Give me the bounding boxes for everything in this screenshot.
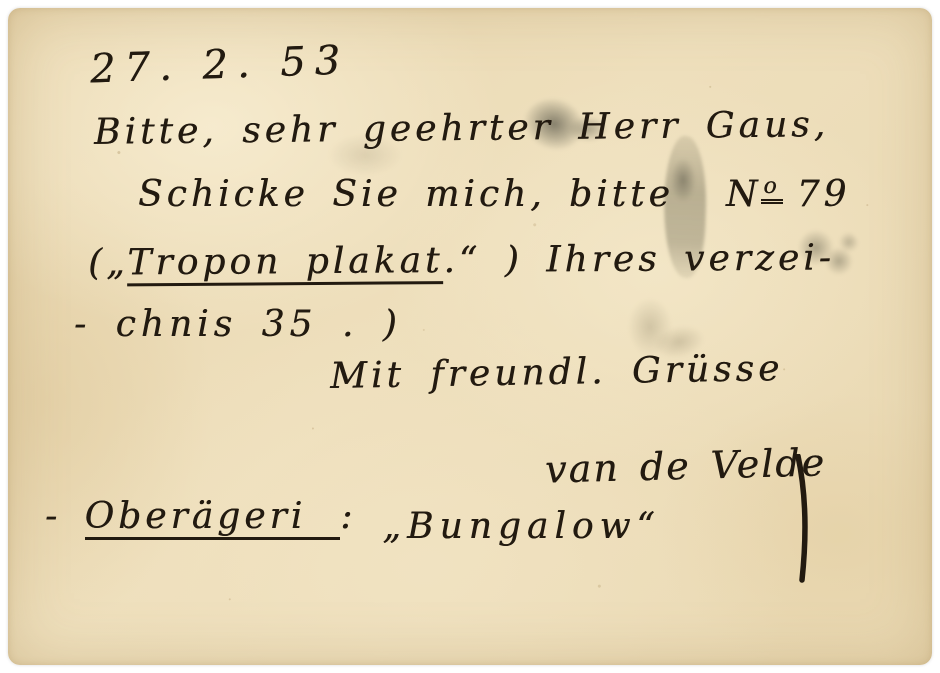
date-line: 27. 2. 53: [89, 37, 350, 92]
signature-flourish-stroke: [790, 454, 814, 584]
scanned-postcard: 27. 2. 53 Bitte, sehr geehrter Herr Gaus…: [0, 0, 940, 673]
address-line: - Oberägeri:„Bungalow“: [45, 496, 661, 537]
closing-line: Mit freundl. Grüsse: [330, 348, 784, 397]
tropon-plakat-underlined: Tropon plakat: [127, 240, 443, 286]
numero-superscript: o: [761, 174, 782, 204]
item-line-continuation: - chnis 35 . ): [74, 304, 402, 345]
item-line: („Tropon plakat.“ ) Ihres verzei-: [88, 237, 835, 283]
house-name: „Bungalow“: [382, 506, 660, 547]
place-name-underlined: Oberägeri: [85, 496, 341, 540]
numero-sign: No79: [726, 174, 851, 215]
item-line-rest: .“ ) Ihres verzei-: [443, 237, 835, 281]
address-colon: :: [340, 496, 356, 537]
catalog-number: 79: [797, 174, 851, 215]
address-dash: -: [45, 496, 61, 537]
paren-open: („: [88, 242, 128, 283]
ink-smudge: [628, 298, 672, 356]
signature: van de Velde: [544, 440, 826, 491]
postcard-paper: 27. 2. 53 Bitte, sehr geehrter Herr Gaus…: [8, 8, 932, 665]
request-line: Schicke Sie mich, bitteNo79: [138, 174, 850, 215]
request-text: Schicke Sie mich, bitte: [138, 174, 674, 215]
salutation-line: Bitte, sehr geehrter Herr Gaus,: [94, 104, 829, 153]
